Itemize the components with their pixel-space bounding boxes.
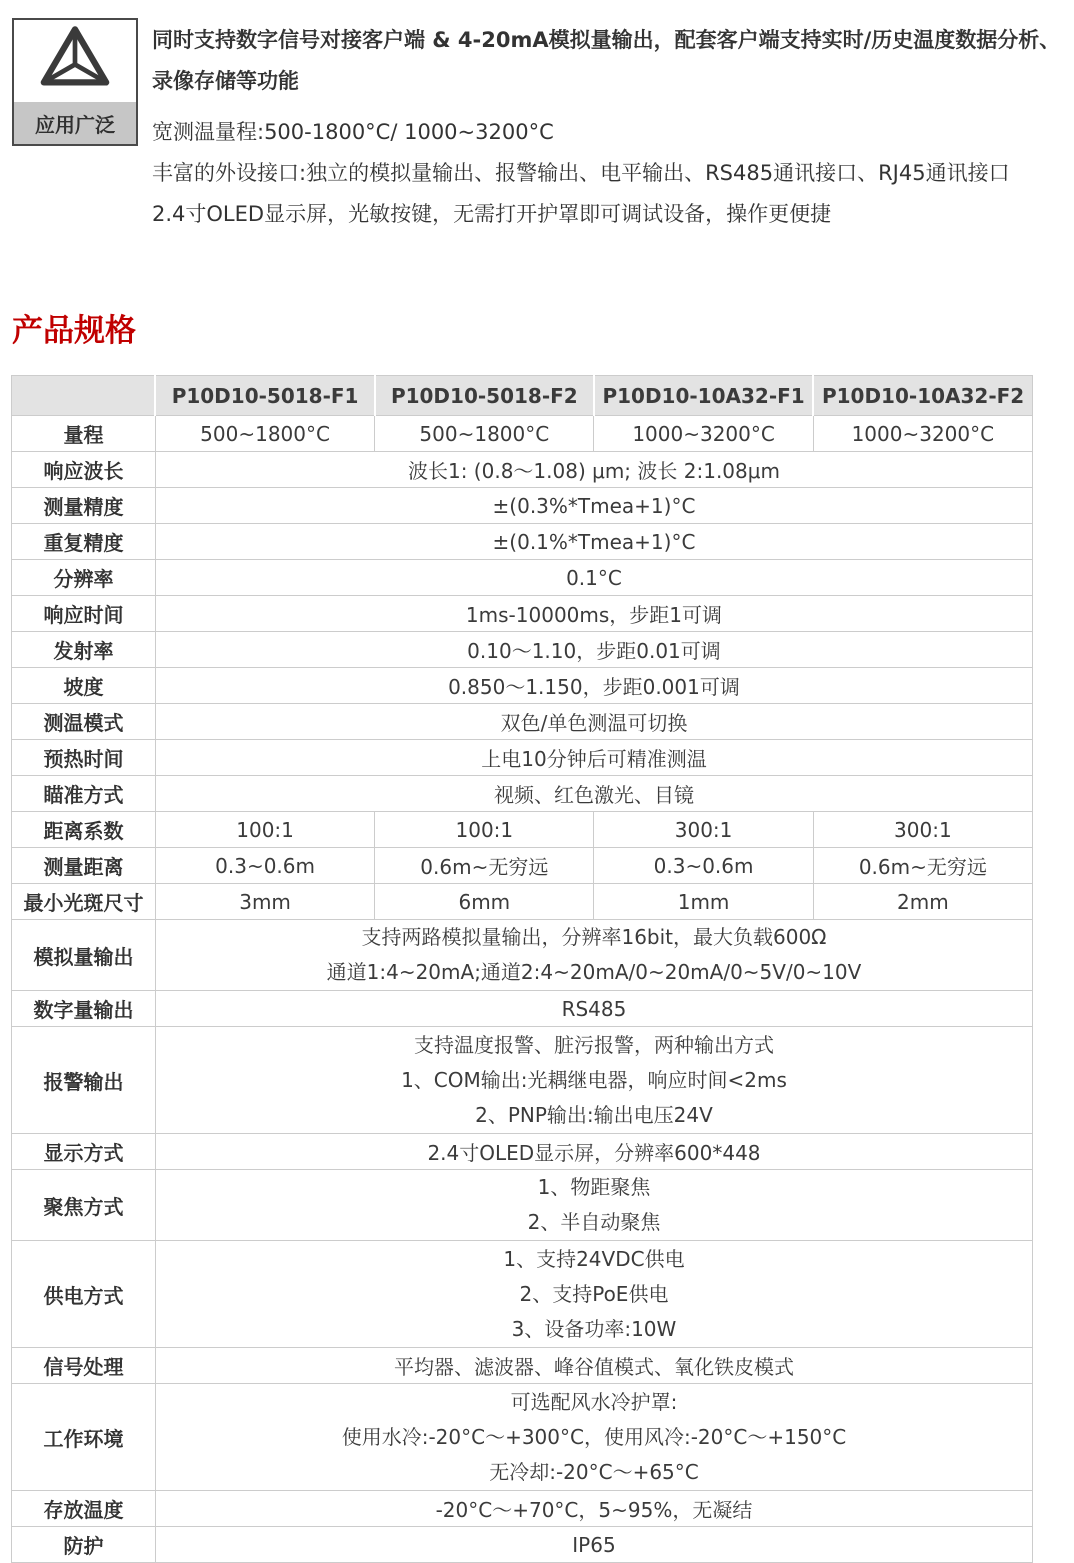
- row-label: 数字量输出: [12, 991, 156, 1027]
- spec-cell: 500~1800°C: [155, 416, 374, 452]
- feature-line: 宽测温量程:500-1800°C/ 1000~3200°C: [152, 112, 1064, 153]
- row-label: 响应波长: [12, 452, 156, 488]
- page: 应用广泛 同时支持数字信号对接客户端 & 4-20mA模拟量输出，配套客户端支持…: [0, 0, 1074, 1563]
- row-label: 测量距离: [12, 848, 156, 884]
- spec-cell: 2mm: [813, 884, 1032, 920]
- table-row: 测量精度 ±(0.3%*Tmea+1)°C: [12, 488, 1033, 524]
- row-label: 存放温度: [12, 1491, 156, 1527]
- spec-line: 使用水冷:-20°C～+300°C，使用风冷:-20°C～+150°C: [160, 1420, 1028, 1455]
- badge-label: 应用广泛: [14, 102, 136, 144]
- spec-cell-merged: ±(0.1%*Tmea+1)°C: [155, 524, 1032, 560]
- table-row: 测量距离 0.3~0.6m 0.6m~无穷远 0.3~0.6m 0.6m~无穷远: [12, 848, 1033, 884]
- row-label: 防护: [12, 1527, 156, 1563]
- spec-cell: 300:1: [813, 812, 1032, 848]
- column-header-model: P10D10-5018-F1: [155, 376, 374, 416]
- spec-cell: 100:1: [375, 812, 594, 848]
- row-label: 坡度: [12, 668, 156, 704]
- table-row: 发射率 0.10～1.10，步距0.01可调: [12, 632, 1033, 668]
- row-label: 供电方式: [12, 1241, 156, 1348]
- spec-cell-merged: RS485: [155, 991, 1032, 1027]
- spec-cell: 0.6m~无穷远: [813, 848, 1032, 884]
- spec-cell-merged: 平均器、滤波器、峰谷值模式、氧化铁皮模式: [155, 1348, 1032, 1384]
- corner-header: [12, 376, 156, 416]
- row-label: 瞄准方式: [12, 776, 156, 812]
- spec-cell-merged: 1ms-10000ms，步距1可调: [155, 596, 1032, 632]
- feature-highlight: 同时支持数字信号对接客户端 & 4-20mA模拟量输出，配套客户端支持实时/历史…: [152, 20, 1064, 102]
- spec-cell: 0.3~0.6m: [594, 848, 813, 884]
- spec-cell: 0.6m~无穷远: [375, 848, 594, 884]
- row-label: 距离系数: [12, 812, 156, 848]
- spec-cell: 300:1: [594, 812, 813, 848]
- table-row: 瞄准方式 视频、红色激光、目镜: [12, 776, 1033, 812]
- table-row: 最小光斑尺寸 3mm 6mm 1mm 2mm: [12, 884, 1033, 920]
- spec-line: 1、支持24VDC供电: [160, 1242, 1028, 1277]
- spec-line: 3、设备功率:10W: [160, 1312, 1028, 1347]
- row-label: 响应时间: [12, 596, 156, 632]
- spec-table: P10D10-5018-F1 P10D10-5018-F2 P10D10-10A…: [11, 375, 1033, 1563]
- spec-line: 可选配风水冷护罩:: [160, 1385, 1028, 1420]
- spec-cell-merged: 支持两路模拟量输出，分辨率16bit，最大负载600Ω 通道1:4~20mA;通…: [155, 920, 1032, 991]
- row-label: 聚焦方式: [12, 1170, 156, 1241]
- spec-cell-merged: 可选配风水冷护罩: 使用水冷:-20°C～+300°C，使用风冷:-20°C～+…: [155, 1384, 1032, 1491]
- table-row: 模拟量输出 支持两路模拟量输出，分辨率16bit，最大负载600Ω 通道1:4~…: [12, 920, 1033, 991]
- table-row: 显示方式 2.4寸OLED显示屏，分辨率600*448: [12, 1134, 1033, 1170]
- spec-cell-merged: 2.4寸OLED显示屏，分辨率600*448: [155, 1134, 1032, 1170]
- row-label: 最小光斑尺寸: [12, 884, 156, 920]
- badge-icon-zone: [14, 20, 136, 102]
- table-row: 聚焦方式 1、物距聚焦 2、半自动聚焦: [12, 1170, 1033, 1241]
- spec-line: 2、支持PoE供电: [160, 1277, 1028, 1312]
- spec-cell: 1mm: [594, 884, 813, 920]
- spec-line: 通道1:4~20mA;通道2:4~20mA/0~20mA/0~5V/0~10V: [160, 955, 1028, 990]
- spec-line: 支持两路模拟量输出，分辨率16bit，最大负载600Ω: [160, 920, 1028, 955]
- row-label: 预热时间: [12, 740, 156, 776]
- spec-cell-merged: 0.1°C: [155, 560, 1032, 596]
- table-row: 信号处理 平均器、滤波器、峰谷值模式、氧化铁皮模式: [12, 1348, 1033, 1384]
- intro-section: 应用广泛 同时支持数字信号对接客户端 & 4-20mA模拟量输出，配套客户端支持…: [0, 0, 1074, 235]
- spec-cell-merged: ±(0.3%*Tmea+1)°C: [155, 488, 1032, 524]
- row-label: 显示方式: [12, 1134, 156, 1170]
- feature-line: 2.4寸OLED显示屏，光敏按键，无需打开护罩即可调试设备，操作更便捷: [152, 194, 1064, 235]
- table-row: 供电方式 1、支持24VDC供电 2、支持PoE供电 3、设备功率:10W: [12, 1241, 1033, 1348]
- spec-cell-merged: 0.850～1.150，步距0.001可调: [155, 668, 1032, 704]
- spec-cell: 1000~3200°C: [594, 416, 813, 452]
- spec-cell: 6mm: [375, 884, 594, 920]
- column-header-model: P10D10-5018-F2: [375, 376, 594, 416]
- column-header-model: P10D10-10A32-F2: [813, 376, 1032, 416]
- table-row: 预热时间 上电10分钟后可精准测温: [12, 740, 1033, 776]
- header-row: P10D10-5018-F1 P10D10-5018-F2 P10D10-10A…: [12, 376, 1033, 416]
- row-label: 测温模式: [12, 704, 156, 740]
- feature-text: 同时支持数字信号对接客户端 & 4-20mA模拟量输出，配套客户端支持实时/历史…: [152, 18, 1064, 235]
- spec-line: 1、COM输出:光耦继电器，响应时间<2ms: [160, 1063, 1028, 1098]
- application-badge: 应用广泛: [12, 18, 138, 146]
- spec-line: 1、物距聚焦: [160, 1170, 1028, 1205]
- table-row: 量程 500~1800°C 500~1800°C 1000~3200°C 100…: [12, 416, 1033, 452]
- spec-cell-merged: 视频、红色激光、目镜: [155, 776, 1032, 812]
- spec-line: 2、PNP输出:输出电压24V: [160, 1098, 1028, 1133]
- spec-cell-merged: 0.10～1.10，步距0.01可调: [155, 632, 1032, 668]
- spec-line: 无冷却:-20°C～+65°C: [160, 1455, 1028, 1490]
- spec-cell-merged: 上电10分钟后可精准测温: [155, 740, 1032, 776]
- table-row: 存放温度 -20°C～+70°C，5~95%，无凝结: [12, 1491, 1033, 1527]
- table-row: 工作环境 可选配风水冷护罩: 使用水冷:-20°C～+300°C，使用风冷:-2…: [12, 1384, 1033, 1491]
- row-label: 测量精度: [12, 488, 156, 524]
- spec-cell: 100:1: [155, 812, 374, 848]
- row-label: 量程: [12, 416, 156, 452]
- row-label: 报警输出: [12, 1027, 156, 1134]
- spec-cell-merged: 支持温度报警、脏污报警，两种输出方式 1、COM输出:光耦继电器，响应时间<2m…: [155, 1027, 1032, 1134]
- spec-cell-merged: 1、支持24VDC供电 2、支持PoE供电 3、设备功率:10W: [155, 1241, 1032, 1348]
- feature-line: 丰富的外设接口:独立的模拟量输出、报警输出、电平输出、RS485通讯接口、RJ4…: [152, 153, 1064, 194]
- table-row: 分辨率 0.1°C: [12, 560, 1033, 596]
- spec-cell-merged: -20°C～+70°C，5~95%，无凝结: [155, 1491, 1032, 1527]
- row-label: 模拟量输出: [12, 920, 156, 991]
- column-header-model: P10D10-10A32-F1: [594, 376, 813, 416]
- table-row: 防护 IP65: [12, 1527, 1033, 1563]
- row-label: 工作环境: [12, 1384, 156, 1491]
- spec-cell: 1000~3200°C: [813, 416, 1032, 452]
- spec-cell: 3mm: [155, 884, 374, 920]
- spec-cell: 0.3~0.6m: [155, 848, 374, 884]
- spec-cell-merged: 双色/单色测温可切换: [155, 704, 1032, 740]
- table-row: 测温模式 双色/单色测温可切换: [12, 704, 1033, 740]
- spec-line: 2、半自动聚焦: [160, 1205, 1028, 1240]
- spec-cell-merged: IP65: [155, 1527, 1032, 1563]
- table-row: 响应时间 1ms-10000ms，步距1可调: [12, 596, 1033, 632]
- row-label: 发射率: [12, 632, 156, 668]
- table-row: 坡度 0.850～1.150，步距0.001可调: [12, 668, 1033, 704]
- table-row: 报警输出 支持温度报警、脏污报警，两种输出方式 1、COM输出:光耦继电器，响应…: [12, 1027, 1033, 1134]
- spec-cell: 500~1800°C: [375, 416, 594, 452]
- spec-cell-merged: 波长1: (0.8～1.08) μm; 波长 2:1.08μm: [155, 452, 1032, 488]
- spec-line: 支持温度报警、脏污报警，两种输出方式: [160, 1028, 1028, 1063]
- row-label: 重复精度: [12, 524, 156, 560]
- table-row: 数字量输出 RS485: [12, 991, 1033, 1027]
- spec-cell-merged: 1、物距聚焦 2、半自动聚焦: [155, 1170, 1032, 1241]
- table-row: 距离系数 100:1 100:1 300:1 300:1: [12, 812, 1033, 848]
- section-title: 产品规格: [12, 311, 1074, 351]
- row-label: 分辨率: [12, 560, 156, 596]
- table-row: 响应波长 波长1: (0.8～1.08) μm; 波长 2:1.08μm: [12, 452, 1033, 488]
- table-row: 重复精度 ±(0.1%*Tmea+1)°C: [12, 524, 1033, 560]
- row-label: 信号处理: [12, 1348, 156, 1384]
- tetrahedron-icon: [36, 20, 114, 102]
